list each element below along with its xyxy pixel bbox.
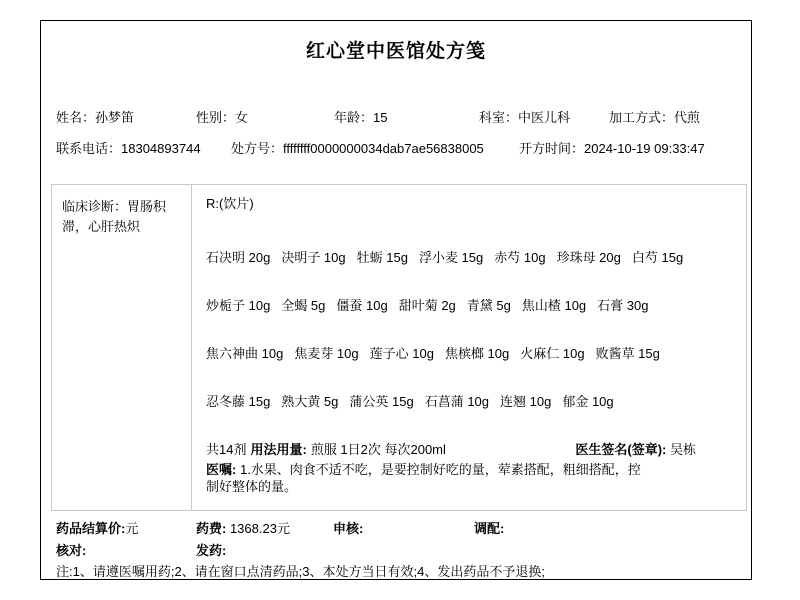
field-rx-number: 处方号：ffffffff0000000034dab7ae56838005 [231,138,484,157]
herb-item: 败酱草 15g [596,346,660,361]
field-phone-value: 18304893744 [121,141,201,156]
doctor-advice: 医嘱: 1.水果、肉食不适不吃，是要控制好吃的量，荤素搭配，粗细搭配，控制好整体… [206,461,642,495]
field-name-value: 孙梦笛 [95,110,134,125]
field-phone-label: 联系电话： [56,141,121,156]
herb-item: 赤芍 10g [494,250,545,265]
herb-item: 连翘 10g [500,394,551,409]
field-settlement-price: 药品结算价:元 [56,518,138,537]
prescription-page: 红心堂中医馆处方笺 姓名：孙梦笛 性别：女 年龄：15 科室：中医儿科 加工方式… [0,0,800,600]
field-processing: 加工方式：代煎 [609,107,700,126]
doctor-advice-label: 医嘱: [206,462,236,477]
herb-item: 蒲公英 15g [349,394,413,409]
doctor-signature-value: 吴栋 [670,442,696,457]
herb-item: 甜叶菊 2g [399,298,456,313]
field-name: 姓名：孙梦笛 [56,107,134,126]
usage-row: 共14剂用法用量:煎服 1日2次 每次200ml 医生签名(签章): 吴栋 [206,441,732,459]
herb-item: 浮小麦 15g [419,250,483,265]
herb-item: 火麻仁 10g [520,346,584,361]
prescription-sheet: 红心堂中医馆处方笺 姓名：孙梦笛 性别：女 年龄：15 科室：中医儿科 加工方式… [40,20,752,580]
herb-line: 石决明 20g决明子 10g牡蛎 15g浮小麦 15g赤芍 10g珍珠母 20g… [206,249,732,267]
field-name-label: 姓名： [56,110,95,125]
field-rx-time-value: 2024-10-19 09:33:47 [584,141,705,156]
herb-item: 牡蛎 15g [357,250,408,265]
usage-doses: 共14剂 [206,442,246,457]
field-medicine-fee-label: 药费: [196,521,226,536]
usage-label: 用法用量: [250,442,306,457]
field-department-value: 中医儿科 [518,110,570,125]
field-medicine-fee-value: 1368.23元 [226,521,290,536]
field-review: 申核: [333,518,363,537]
doctor-signature-label: 医生签名(签章): [575,442,666,457]
field-settlement-price-value: 元 [125,521,138,536]
herb-item: 焦麦芽 10g [294,346,358,361]
field-processing-value: 代煎 [674,110,700,125]
field-issue: 发药: [196,540,226,559]
herb-item: 焦六神曲 10g [206,346,283,361]
field-processing-label: 加工方式： [609,110,674,125]
herb-item: 白芍 15g [632,250,683,265]
herb-item: 石膏 30g [597,298,648,313]
doctor-advice-value: 1.水果、肉食不适不吃，是要控制好吃的量，荤素搭配，粗细搭配，控制好整体的量。 [206,462,641,494]
field-settlement-price-label: 药品结算价: [56,521,125,536]
herb-lines: 石决明 20g决明子 10g牡蛎 15g浮小麦 15g赤芍 10g珍珠母 20g… [206,249,732,411]
field-dispense-prep-label: 调配: [474,521,504,536]
herb-line: 忍冬藤 15g熟大黄 5g蒲公英 15g石菖蒲 10g连翘 10g郁金 10g [206,393,732,411]
field-check: 核对: [56,540,86,559]
field-rx-number-label: 处方号： [231,141,283,156]
field-review-label: 申核: [333,521,363,536]
herb-item: 熟大黄 5g [281,394,338,409]
page-title: 红心堂中医馆处方笺 [41,36,751,63]
herb-item: 青黛 5g [467,298,511,313]
herb-item: 炒栀子 10g [206,298,270,313]
field-department-label: 科室： [479,110,518,125]
diagnosis-text: 临床诊断：胃肠积滞，心肝热炽 [62,197,174,237]
herb-item: 石决明 20g [206,250,270,265]
field-gender-label: 性别： [196,110,235,125]
herb-item: 决明子 10g [281,250,345,265]
field-age: 年龄：15 [334,107,387,126]
field-gender-value: 女 [235,110,248,125]
herb-line: 炒栀子 10g全蝎 5g僵蚕 10g甜叶菊 2g青黛 5g焦山楂 10g石膏 3… [206,297,732,315]
herb-item: 焦山楂 10g [522,298,586,313]
herb-line: 焦六神曲 10g焦麦芽 10g莲子心 10g焦槟榔 10g火麻仁 10g败酱草 … [206,345,732,363]
herb-item: 莲子心 10g [370,346,434,361]
herb-item: 僵蚕 10g [336,298,387,313]
doctor-signature: 医生签名(签章): 吴栋 [575,441,696,459]
prescription-cell: R:(饮片) 石决明 20g决明子 10g牡蛎 15g浮小麦 15g赤芍 10g… [192,185,746,510]
usage-value: 煎服 1日2次 每次200ml [311,442,446,457]
field-gender: 性别：女 [196,107,248,126]
diagnosis-label: 临床诊断： [62,199,127,214]
prescription-table: 临床诊断：胃肠积滞，心肝热炽 R:(饮片) 石决明 20g决明子 10g牡蛎 1… [51,184,747,511]
field-rx-time: 开方时间：2024-10-19 09:33:47 [519,138,705,157]
field-dispense-prep: 调配: [474,518,504,537]
footer-note: 注:1、请遵医嘱用药;2、请在窗口点清药品;3、本处方当日有效;4、发出药品不予… [56,561,545,580]
diagnosis-cell: 临床诊断：胃肠积滞，心肝热炽 [52,185,192,510]
herb-item: 焦槟榔 10g [445,346,509,361]
field-medicine-fee: 药费: 1368.23元 [196,518,290,537]
field-rx-number-value: ffffffff0000000034dab7ae56838005 [283,141,484,156]
field-age-label: 年龄： [334,110,373,125]
field-department: 科室：中医儿科 [479,107,570,126]
rx-header: R:(饮片) [206,195,732,213]
herb-item: 珍珠母 20g [557,250,621,265]
herb-item: 郁金 10g [562,394,613,409]
field-check-label: 核对: [56,543,86,558]
field-rx-time-label: 开方时间： [519,141,584,156]
herb-item: 忍冬藤 15g [206,394,270,409]
herb-item: 全蝎 5g [281,298,325,313]
field-phone: 联系电话：18304893744 [56,138,201,157]
field-age-value: 15 [373,110,387,125]
herb-item: 石菖蒲 10g [425,394,489,409]
usage-text: 共14剂用法用量:煎服 1日2次 每次200ml [206,441,450,459]
field-issue-label: 发药: [196,543,226,558]
